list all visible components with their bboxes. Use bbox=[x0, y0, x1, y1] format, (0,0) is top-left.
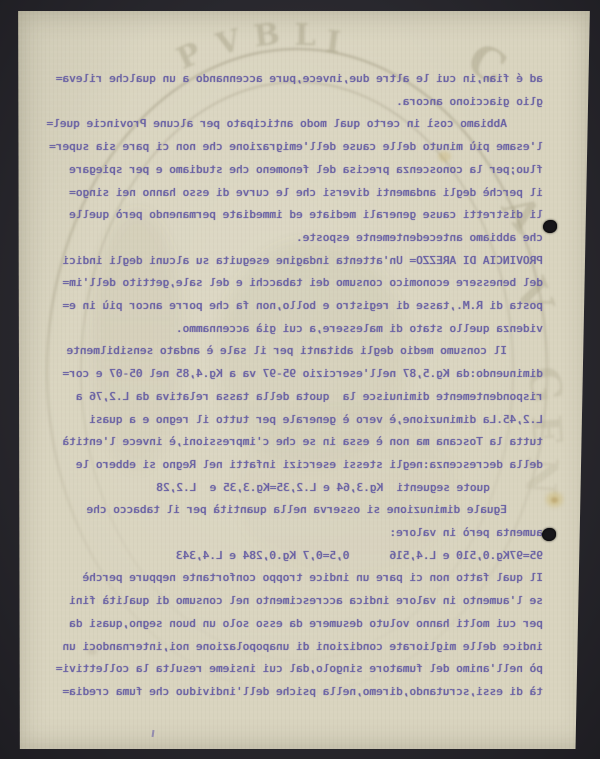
typewritten-line: indice delle migliorate condizioni di un… bbox=[63, 641, 543, 653]
typewritten-line: per cui molti hanno voluto desumere da e… bbox=[69, 618, 543, 630]
typewritten-line: Il qual fatto non ci pare un indice trop… bbox=[83, 572, 543, 584]
typewritten-line: Eguale diminuzione si osserva nella quan… bbox=[87, 504, 507, 516]
typewritten-line: che abbiamo antecedentemente esposte. bbox=[296, 232, 543, 244]
typewritten-line: 95=97Kg.0,510 e L.4,516 0,5=0,7 Kg.0,284… bbox=[176, 550, 543, 562]
punch-hole-bottom bbox=[542, 528, 556, 541]
typewritten-line: tutta la Toscana ma non è essa in se che… bbox=[63, 436, 543, 448]
typewritten-line: tà di essi,scrutando,diremo,nella psiche… bbox=[63, 686, 543, 698]
typewritten-line: fluo;per la conoscenza precisa del fenom… bbox=[69, 164, 543, 176]
photographed-document: { "page": { "kind": "typewritten-page-ve… bbox=[0, 0, 600, 759]
typewritten-line: il perchè degli andamenti diversi che le… bbox=[69, 187, 543, 199]
typewritten-line: videnza quello stato di malessere,a cui … bbox=[176, 323, 543, 335]
mirrored-typewritten-text: ad é fian,in cui le altre due,invece,pur… bbox=[17, 11, 591, 749]
typewritten-line: rispondentemente diminuisce la quota del… bbox=[76, 391, 543, 403]
typewritten-line: L.2,45.La diminuzione,è vero è generale … bbox=[89, 414, 543, 426]
typewritten-line: del benessere economico consumo dei taba… bbox=[63, 277, 543, 289]
typewritten-line: Il consumo medio degli abitanti per il s… bbox=[67, 345, 507, 357]
typewritten-line: posta di R.M.,tasse di registro e bollo,… bbox=[63, 300, 543, 312]
typewritten-line: diminuendo:da Kg.5,87 nell'esercizio 95-… bbox=[63, 368, 543, 380]
typewritten-line: quote seguenti Kg.3,64 e L.2,35=Kg.3,35 … bbox=[156, 482, 490, 494]
typewritten-line: ad é fian,in cui le altre due,invece,pur… bbox=[56, 73, 543, 85]
typewritten-line: della decrescenza:negli stessi esercizi … bbox=[76, 459, 543, 471]
typewritten-line: li distretti cause generali mediate ed i… bbox=[69, 209, 543, 221]
typewritten-line: aumenta però in valore: bbox=[390, 527, 543, 539]
typewritten-line: PROVINCIA DI AREZZO= Un'attenta indagine… bbox=[63, 255, 543, 267]
typewritten-line: l'esame più minuto delle cause dell'emig… bbox=[49, 141, 543, 153]
typewritten-line: Abbiamo così in certo qual modo anticipa… bbox=[47, 118, 507, 130]
typewritten-line: se l'aumento in valore indica accrescime… bbox=[69, 595, 543, 607]
punch-hole-top bbox=[543, 220, 557, 233]
paper-sheet: PVBLICAVGEN ad é fian,in cui le altre du… bbox=[17, 11, 591, 749]
typewritten-line: glio giacciono ancora. bbox=[396, 96, 543, 108]
typewritten-line: pò nell'animo del fumatore singolo,dal c… bbox=[56, 663, 543, 675]
